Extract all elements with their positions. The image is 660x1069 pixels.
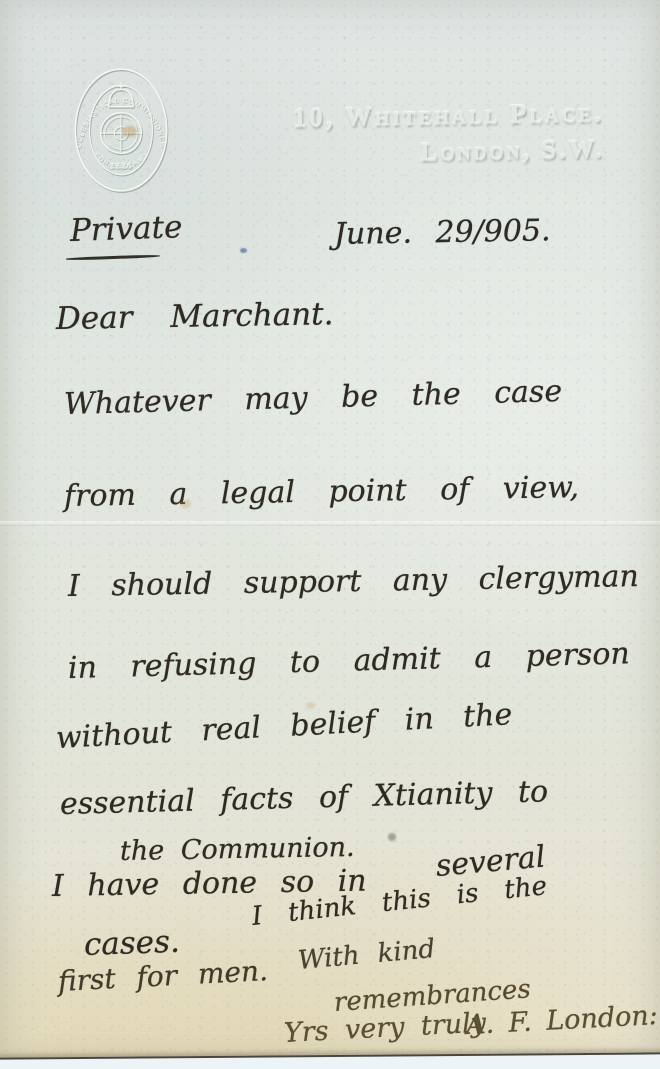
- salutation: Dear Marchant.: [56, 299, 334, 335]
- privacy-note-underline: [66, 254, 160, 260]
- valediction: Yrs very truly: [283, 1009, 486, 1047]
- body-line: from a legal point of view,: [64, 473, 579, 512]
- paper-spot: [388, 833, 396, 841]
- embossed-seal: ECCLESIASTICAL COMMISSIONERS FOR ENGLAND…: [66, 60, 176, 200]
- letterhead: 10, Whitehall Place. London, S.W.: [292, 97, 604, 169]
- body-line: cases.: [83, 927, 180, 961]
- signature: A. F. London:: [465, 1002, 658, 1039]
- privacy-note: Private: [69, 212, 182, 247]
- body-line: in refusing to admit a person: [68, 639, 630, 684]
- closing-line: With kind: [297, 936, 436, 974]
- body-line: Whatever may be the case: [64, 377, 563, 420]
- body-line: without real belief in the: [55, 700, 513, 754]
- body-line: first for men.: [57, 957, 268, 996]
- letter-scan-page: ECCLESIASTICAL COMMISSIONERS FOR ENGLAND…: [0, 0, 660, 1069]
- ink-blot: [240, 248, 247, 253]
- letterhead-address-line1: 10, Whitehall Place.: [292, 97, 604, 133]
- body-line: I should support any clergyman: [68, 562, 639, 602]
- scan-edge: [0, 1052, 660, 1069]
- body-line: essential facts of Xtianity to: [60, 777, 549, 820]
- body-line: the Communion.: [120, 834, 355, 865]
- letterhead-address-line2: London, S.W.: [293, 134, 605, 169]
- fold-crease: [0, 521, 660, 526]
- date-line: June. 29/905.: [334, 216, 551, 250]
